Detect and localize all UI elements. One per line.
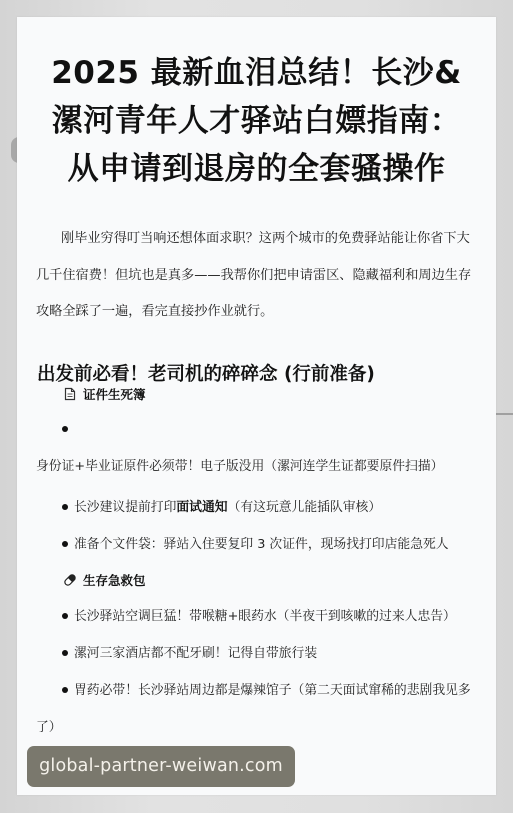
subheading-survival-kit: 生存急救包 (63, 571, 146, 589)
pill-icon (63, 573, 77, 587)
article-title: 2025 最新血泪总结！长沙&漯河青年人才驿站白嫖指南：从申请到退房的全套骚操作 (37, 49, 476, 193)
bullet-dot (62, 687, 68, 693)
list-item: 胃药必带！长沙驿站周边都是爆辣馆子（第二天面试窜稀的悲剧我见多了） (36, 672, 481, 746)
bullet-dot (62, 426, 68, 432)
subheading-label: 生存急救包 (83, 571, 146, 589)
list-item: 长沙驿站空调巨猛！带喉糖+眼药水（半夜干到咳嗽的过来人忠告） (36, 598, 481, 635)
list-item: 准备个文件袋：驿站入住要复印 3 次证件，现场找打印店能急死人 (36, 526, 481, 563)
article-card: 2025 最新血泪总结！长沙&漯河青年人才驿站白嫖指南：从申请到退房的全套骚操作… (17, 17, 496, 795)
bullet-dot (62, 504, 68, 510)
subheading-label: 证件生死簿 (83, 385, 146, 403)
document-icon (63, 387, 77, 401)
list-item: 漯河三家酒店都不配牙刷！记得自带旅行装 (36, 635, 481, 672)
bullet-dot (62, 650, 68, 656)
list-item: 长沙建议提前打印面试通知（有这玩意儿能插队审核） (36, 489, 481, 526)
section-heading: 出发前必看！老司机的碎碎念 (行前准备) (37, 360, 375, 386)
bullet-dot (62, 613, 68, 619)
watermark: global-partner-weiwan.com (27, 746, 295, 787)
list-item: 身份证+毕业证原件必须带！电子版没用（漯河连学生证都要原件扫描） (36, 411, 481, 485)
intro-paragraph: 刚毕业穷得叮当响还想体面求职？这两个城市的免费驿站能让你省下大几千住宿费！但坑也… (36, 221, 476, 331)
subheading-documents: 证件生死簿 (63, 385, 146, 403)
bullet-dot (62, 541, 68, 547)
divider-line (496, 413, 513, 415)
